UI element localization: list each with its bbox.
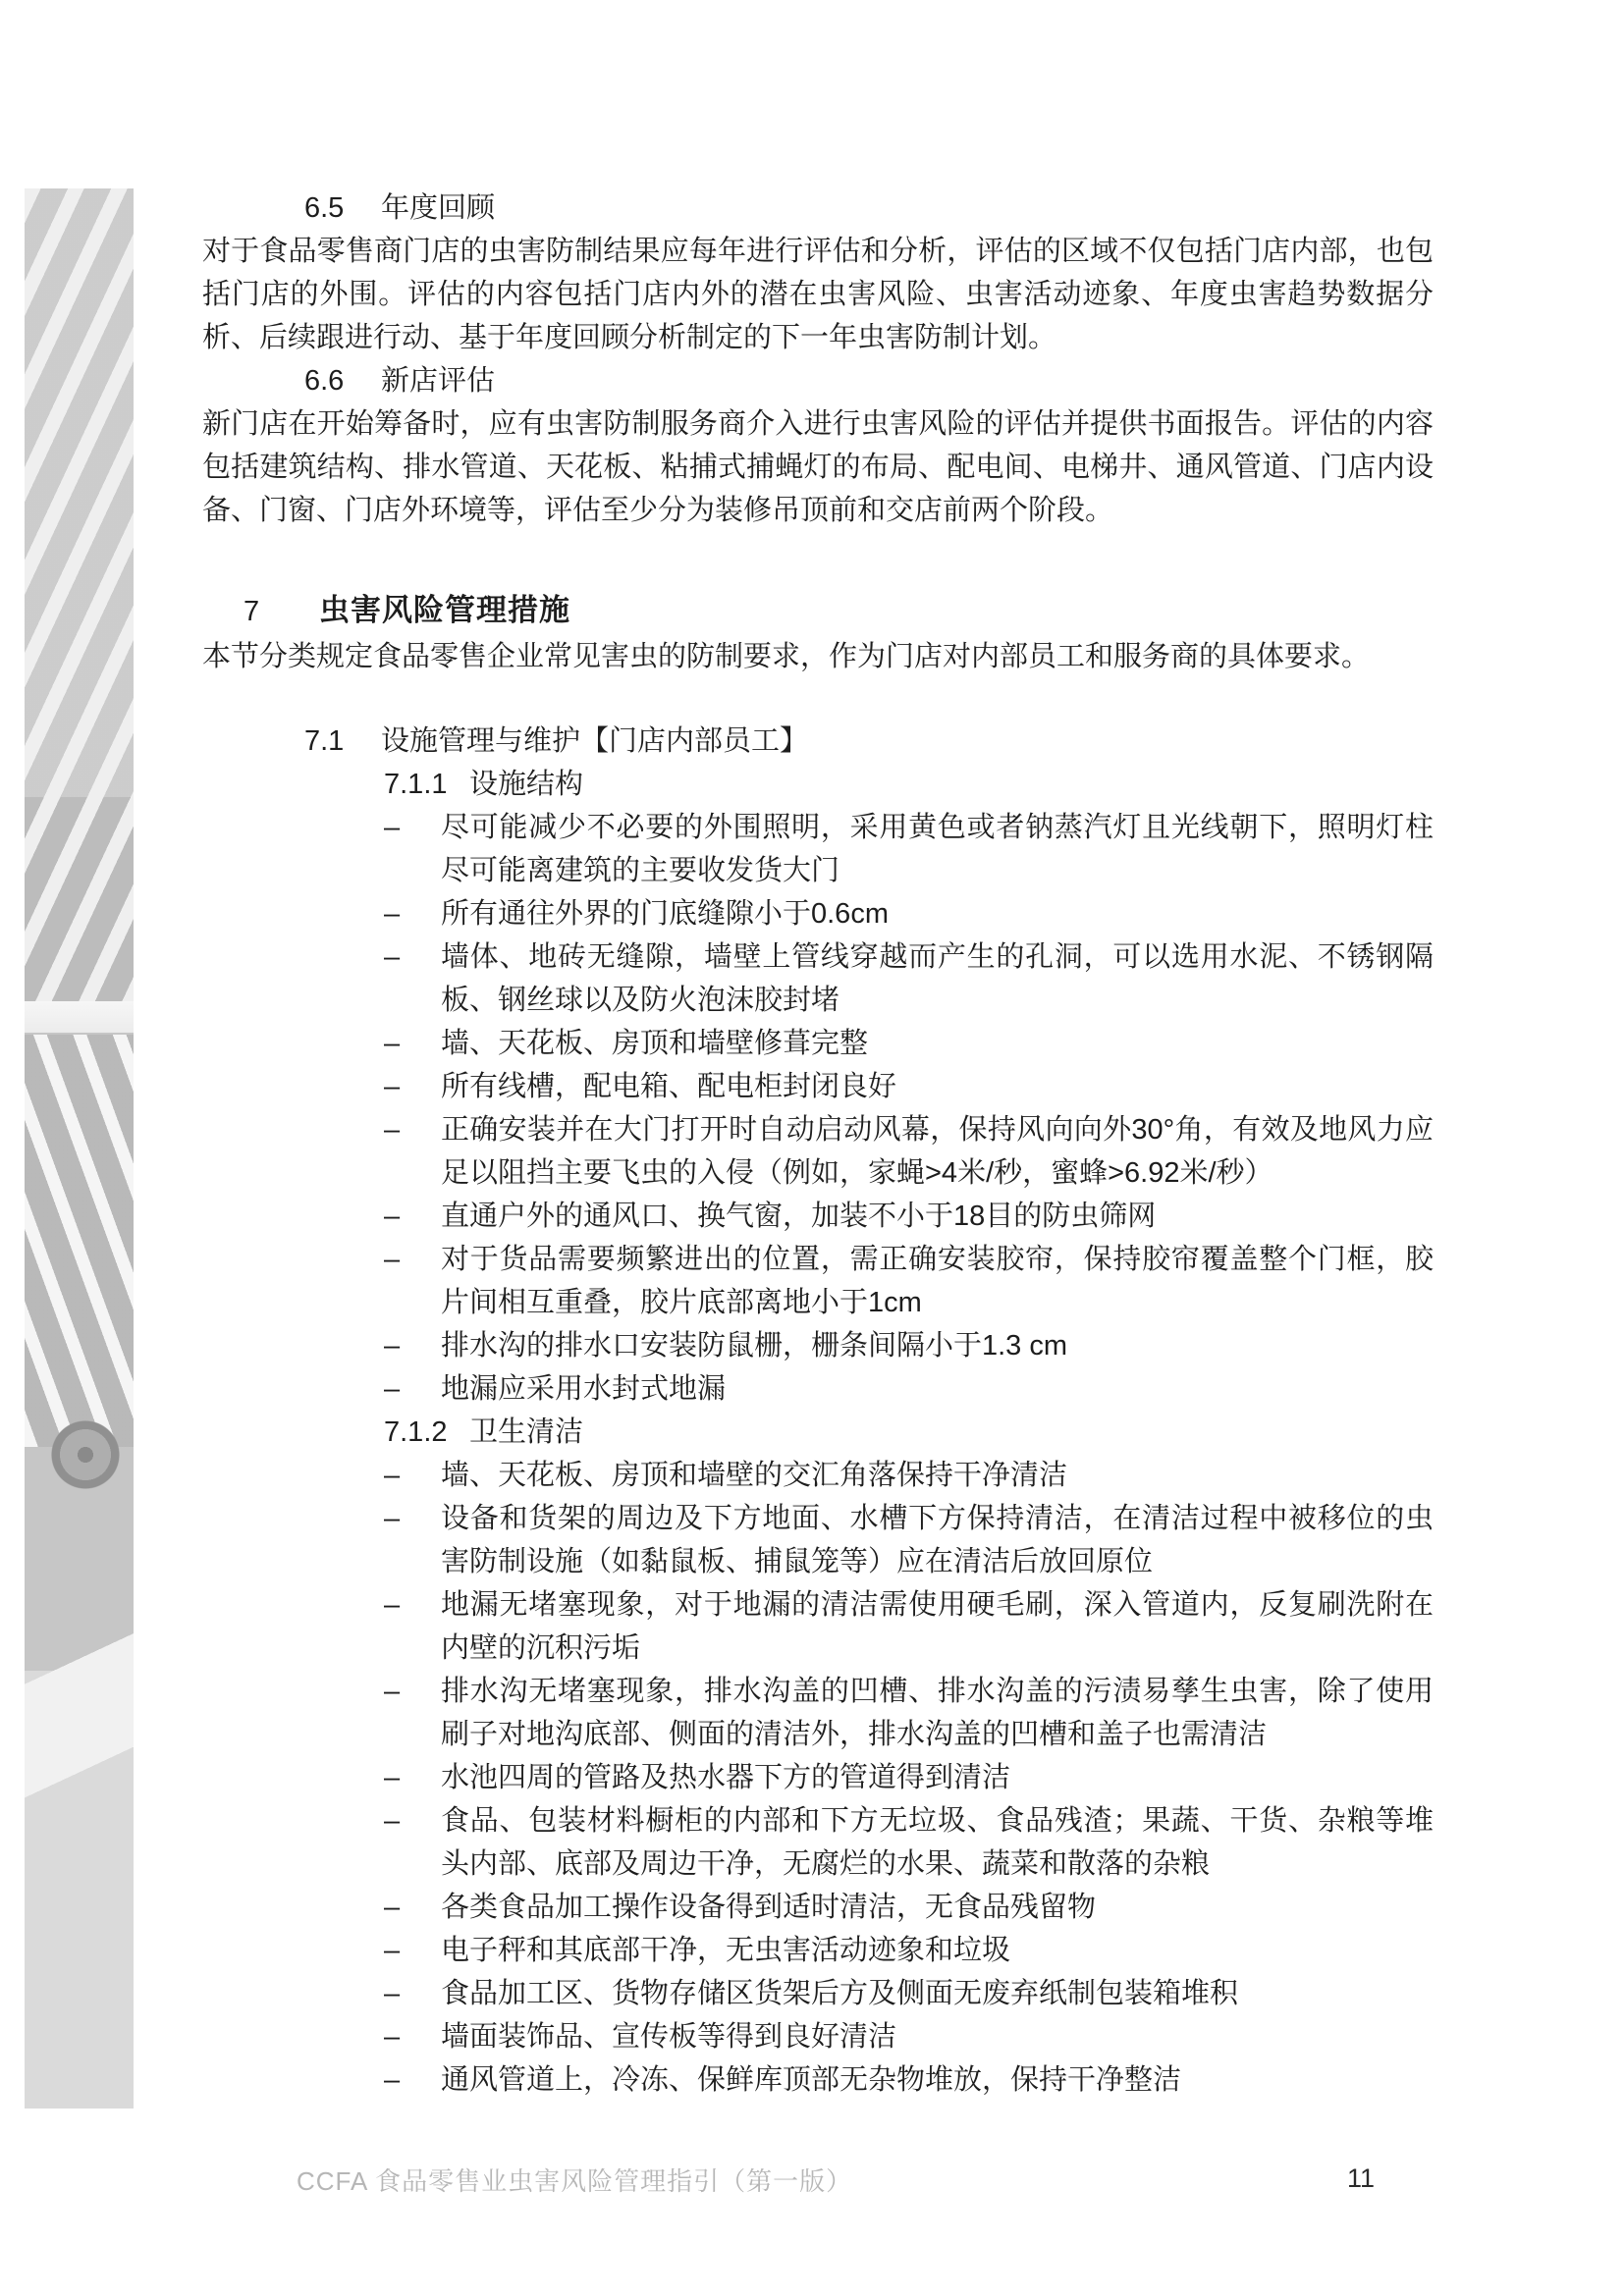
bullet-dash: – [384, 1022, 400, 1065]
paragraph-6-5: 对于食品零售商门店的虫害防制结果应每年进行评估和分析，评估的区域不仅包括门店内部… [202, 230, 1434, 359]
bullet-dash: – [384, 806, 400, 849]
heading-7-number: 7 [202, 588, 319, 635]
heading-7-1-1: 7.1.1设施结构 [202, 763, 1434, 806]
heading-6-5: 6.5年度回顾 [202, 187, 1434, 230]
bullet-dash: – [384, 1886, 400, 1929]
bullet-dash: – [384, 2015, 400, 2058]
heading-7: 7虫害风险管理措施 [202, 587, 1434, 635]
bullet-dash: – [384, 935, 400, 979]
bullet-dash: – [384, 1324, 400, 1367]
paragraph-6-6: 新门店在开始筹备时，应有虫害防制服务商介入进行虫害风险的评估并提供书面报告。评估… [202, 402, 1434, 532]
bullet-dash: – [384, 1367, 400, 1411]
bullet-text: 食品加工区、货物存储区货架后方及侧面无废弃纸制包装箱堆积 [441, 1978, 1238, 2009]
heading-6-6: 6.6新店评估 [202, 359, 1434, 402]
bullet-item: –地漏无堵塞现象，对于地漏的清洁需使用硬毛刷，深入管道内，反复刷洗附在内壁的沉积… [202, 1583, 1434, 1670]
bullet-dash: – [384, 1065, 400, 1108]
bullet-item: –通风管道上，冷冻、保鲜库顶部无杂物堆放，保持干净整洁 [202, 2058, 1434, 2102]
bullet-item: –正确安装并在大门打开时自动启动风幕，保持风向向外30°角，有效及地风力应足以阻… [202, 1108, 1434, 1195]
heading-6-6-number: 6.6 [304, 359, 381, 402]
bullet-item: –对于货品需要频繁进出的位置，需正确安装胶帘，保持胶帘覆盖整个门框，胶片间相互重… [202, 1238, 1434, 1324]
bullet-text: 对于货品需要频繁进出的位置，需正确安装胶帘，保持胶帘覆盖整个门框，胶片间相互重叠… [441, 1244, 1434, 1318]
bullet-text: 各类食品加工操作设备得到适时清洁，无食品残留物 [441, 1892, 1096, 1923]
page-number: 11 [1347, 2163, 1375, 2194]
bullet-dash: – [384, 1929, 400, 1972]
bullet-item: –水池四周的管路及热水器下方的管道得到清洁 [202, 1756, 1434, 1799]
bullet-text: 墙、天花板、房顶和墙壁的交汇角落保持干净清洁 [441, 1460, 1067, 1491]
heading-7-1-1-title: 设施结构 [469, 769, 583, 800]
heading-7-1-number: 7.1 [304, 720, 381, 763]
bullet-item: –排水沟的排水口安装防鼠栅，栅条间隔小于1.3 cm [202, 1324, 1434, 1367]
heading-7-1: 7.1设施管理与维护【门店内部员工】 [202, 720, 1434, 763]
bullet-dash: – [384, 1497, 400, 1540]
heading-7-1-2-number: 7.1.2 [384, 1411, 469, 1454]
bullet-text: 排水沟的排水口安装防鼠栅，栅条间隔小于1.3 cm [441, 1330, 1067, 1362]
bullet-text: 地漏无堵塞现象，对于地漏的清洁需使用硬毛刷，深入管道内，反复刷洗附在内壁的沉积污… [441, 1589, 1434, 1664]
bullet-text: 食品、包装材料橱柜的内部和下方无垃圾、食品残渣；果蔬、干货、杂粮等堆头内部、底部… [441, 1805, 1434, 1880]
bullet-text: 直通户外的通风口、换气窗，加装不小于18目的防虫筛网 [441, 1201, 1156, 1232]
bullet-dash: – [384, 1583, 400, 1627]
bullet-dash: – [384, 1108, 400, 1151]
bullet-text: 墙面装饰品、宣传板等得到良好清洁 [441, 2021, 896, 2053]
heading-6-5-title: 年度回顾 [381, 192, 495, 224]
heading-7-1-2-title: 卫生清洁 [469, 1416, 583, 1448]
bullet-text: 地漏应采用水封式地漏 [441, 1373, 726, 1405]
bullet-text: 水池四周的管路及热水器下方的管道得到清洁 [441, 1762, 1010, 1793]
bullet-list-7-1-2: –墙、天花板、房顶和墙壁的交汇角落保持干净清洁 –设备和货架的周边及下方地面、水… [202, 1454, 1434, 2102]
bullet-dash: – [384, 1238, 400, 1281]
bullet-dash: – [384, 1195, 400, 1238]
bullet-item: –地漏应采用水封式地漏 [202, 1367, 1434, 1411]
bullet-dash: – [384, 1972, 400, 2015]
bullet-item: –所有线槽，配电箱、配电柜封闭良好 [202, 1065, 1434, 1108]
bullet-item: –设备和货架的周边及下方地面、水槽下方保持清洁，在清洁过程中被移位的虫害防制设施… [202, 1497, 1434, 1583]
bullet-dash: – [384, 1799, 400, 1842]
bullet-text: 正确安装并在大门打开时自动启动风幕，保持风向向外30°角，有效及地风力应足以阻挡… [441, 1114, 1434, 1189]
bullet-item: –所有通往外界的门底缝隙小于0.6cm [202, 892, 1434, 935]
bullet-dash: – [384, 892, 400, 935]
bullet-item: –电子秤和其底部干净，无虫害活动迹象和垃圾 [202, 1929, 1434, 1972]
bullet-text: 尽可能减少不必要的外围照明，采用黄色或者钠蒸汽灯且光线朝下，照明灯柱尽可能离建筑… [441, 812, 1434, 886]
bullet-item: –墙、天花板、房顶和墙壁的交汇角落保持干净清洁 [202, 1454, 1434, 1497]
bullet-text: 墙体、地砖无缝隙，墙壁上管线穿越而产生的孔洞，可以选用水泥、不锈钢隔板、钢丝球以… [441, 941, 1434, 1016]
heading-7-1-1-number: 7.1.1 [384, 763, 469, 806]
bullet-dash: – [384, 1756, 400, 1799]
footer-document-title: CCFA 食品零售业虫害风险管理指引（第一版） [297, 2162, 852, 2198]
bullet-text: 所有线槽，配电箱、配电柜封闭良好 [441, 1071, 896, 1102]
paragraph-7: 本节分类规定食品零售企业常见害虫的防制要求，作为门店对内部员工和服务商的具体要求… [202, 635, 1434, 678]
shopping-carts-photo [25, 188, 134, 2109]
bullet-list-7-1-1: –尽可能减少不必要的外围照明，采用黄色或者钠蒸汽灯且光线朝下，照明灯柱尽可能离建… [202, 806, 1434, 1411]
heading-6-6-title: 新店评估 [381, 365, 495, 397]
bullet-item: –食品加工区、货物存储区货架后方及侧面无废弃纸制包装箱堆积 [202, 1972, 1434, 2015]
bullet-text: 通风管道上，冷冻、保鲜库顶部无杂物堆放，保持干净整洁 [441, 2064, 1181, 2096]
bullet-text: 墙、天花板、房顶和墙壁修葺完整 [441, 1028, 868, 1059]
bullet-item: –食品、包装材料橱柜的内部和下方无垃圾、食品残渣；果蔬、干货、杂粮等堆头内部、底… [202, 1799, 1434, 1886]
bullet-item: –墙、天花板、房顶和墙壁修葺完整 [202, 1022, 1434, 1065]
bullet-item: –排水沟无堵塞现象，排水沟盖的凹槽、排水沟盖的污渍易孳生虫害，除了使用刷子对地沟… [202, 1670, 1434, 1756]
heading-7-title: 虫害风险管理措施 [319, 593, 570, 627]
heading-6-5-number: 6.5 [304, 187, 381, 230]
bullet-item: –各类食品加工操作设备得到适时清洁，无食品残留物 [202, 1886, 1434, 1929]
bullet-item: –直通户外的通风口、换气窗，加装不小于18目的防虫筛网 [202, 1195, 1434, 1238]
bullet-dash: – [384, 1670, 400, 1713]
bullet-text: 设备和货架的周边及下方地面、水槽下方保持清洁，在清洁过程中被移位的虫害防制设施（… [441, 1503, 1434, 1577]
bullet-dash: – [384, 1454, 400, 1497]
bullet-text: 电子秤和其底部干净，无虫害活动迹象和垃圾 [441, 1935, 1010, 1966]
page-body: 6.5年度回顾 对于食品零售商门店的虫害防制结果应每年进行评估和分析，评估的区域… [202, 187, 1434, 2102]
bullet-item: –尽可能减少不必要的外围照明，采用黄色或者钠蒸汽灯且光线朝下，照明灯柱尽可能离建… [202, 806, 1434, 892]
bullet-item: –墙体、地砖无缝隙，墙壁上管线穿越而产生的孔洞，可以选用水泥、不锈钢隔板、钢丝球… [202, 935, 1434, 1022]
heading-7-1-title: 设施管理与维护【门店内部员工】 [381, 725, 808, 757]
heading-7-1-2: 7.1.2卫生清洁 [202, 1411, 1434, 1454]
bullet-item: –墙面装饰品、宣传板等得到良好清洁 [202, 2015, 1434, 2058]
bullet-text: 所有通往外界的门底缝隙小于0.6cm [441, 898, 889, 930]
bullet-text: 排水沟无堵塞现象，排水沟盖的凹槽、排水沟盖的污渍易孳生虫害，除了使用刷子对地沟底… [441, 1676, 1434, 1750]
bullet-dash: – [384, 2058, 400, 2102]
